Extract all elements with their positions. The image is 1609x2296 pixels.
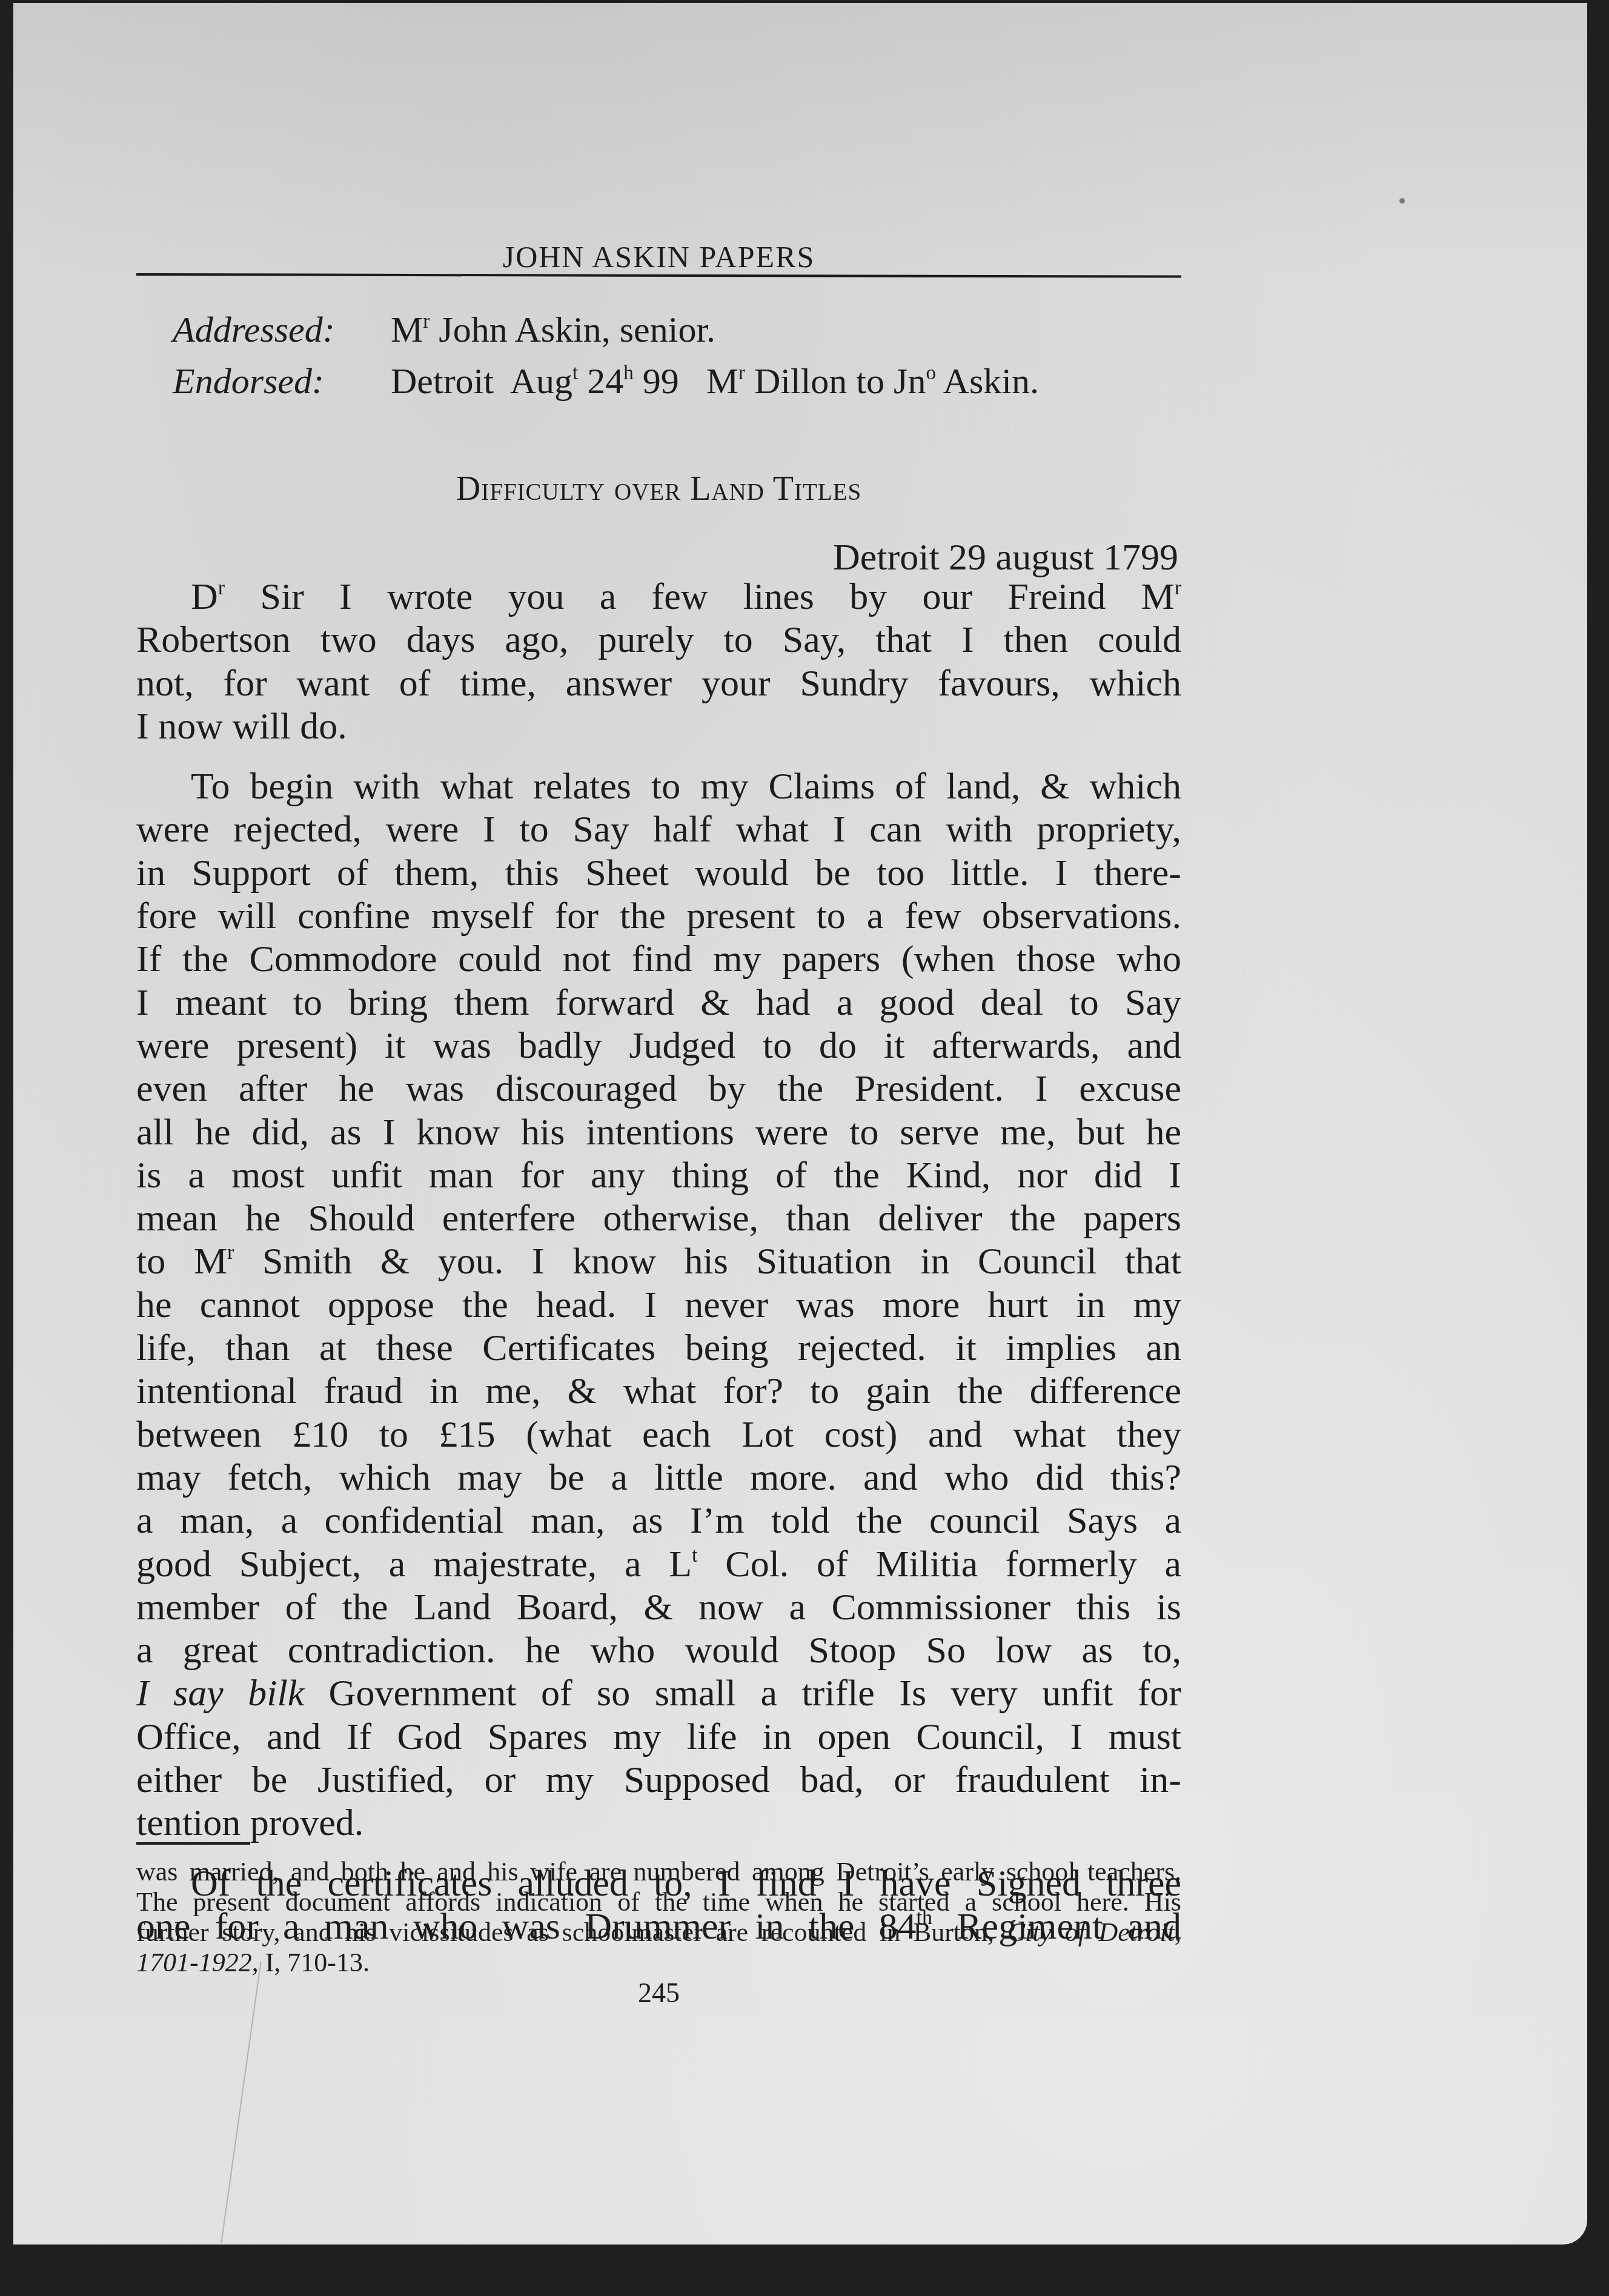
text-line: was married, and both he and his wife ar… [136,1857,1181,1887]
text-line: in Support of them, this Sheet would be … [136,852,1181,895]
text-line: not, for want of time, answer your Sundr… [136,662,1181,705]
text-line: Robertson two days ago, purely to Say, t… [136,619,1181,662]
text-line: mean he Should enterfere otherwise, than… [136,1197,1181,1240]
letter-paragraph: To begin with what relates to my Claims … [136,765,1181,1845]
text-line: he cannot oppose the head. I never was m… [136,1284,1181,1327]
text-line: all he did, as I know his intentions wer… [136,1111,1181,1154]
running-head: JOHN ASKIN PAPERS [136,239,1181,274]
letter-body: Dr Sir I wrote you a few lines by our Fr… [136,576,1181,1948]
letter-paragraph: Dr Sir I wrote you a few lines by our Fr… [136,576,1181,748]
text-line: I now will do. [136,705,1181,748]
text-line: even after he was discouraged by the Pre… [136,1067,1181,1110]
addressed-value: Mr John Askin, senior. [391,310,715,350]
endorsed-value: Detroit Augt 24h 99 Mr Dillon to Jno Ask… [391,361,1039,401]
text-line: intentional fraud in me, & what for? to … [136,1370,1181,1413]
text-line: tention proved. [136,1802,1181,1845]
text-line: Office, and If God Spares my life in ope… [136,1716,1181,1759]
text-line: The present document affords indication … [136,1887,1181,1917]
text-line: good Subject, a majestrate, a Lt Col. of… [136,1543,1181,1586]
text-line: further story, and his vicissitudes as s… [136,1917,1181,1948]
text-line: If the Commodore could not find my paper… [136,938,1181,981]
endorsed-label: Endorsed: [173,360,391,402]
text-line: may fetch, which may be a little more. a… [136,1456,1181,1499]
text-line: between £10 to £15 (what each Lot cost) … [136,1413,1181,1456]
addressed-row: Addressed:Mr John Askin, senior. [173,309,715,351]
text-line: I meant to bring them forward & had a go… [136,981,1181,1024]
text-line: member of the Land Board, & now a Commis… [136,1586,1181,1629]
text-line: fore will confine myself for the present… [136,895,1181,938]
text-line: were present) it was badly Judged to do … [136,1024,1181,1067]
text-line: either be Justified, or my Supposed bad,… [136,1759,1181,1802]
section-title: Difficulty over Land Titles [136,469,1181,508]
footnote-rule [136,1842,250,1845]
text-line: 1701-1922, I, 710-13. [136,1948,1181,1978]
text-line: Dr Sir I wrote you a few lines by our Fr… [136,576,1181,619]
text-line: were rejected, were I to Say half what I… [136,808,1181,851]
paper-speck [1399,198,1405,204]
text-line: a great contradiction. he who would Stoo… [136,1629,1181,1672]
text-line: To begin with what relates to my Claims … [136,765,1181,808]
endorsed-row: Endorsed:Detroit Augt 24h 99 Mr Dillon t… [173,360,1039,402]
letter-dateline: Detroit 29 august 1799 [833,536,1178,579]
text-line: is a most unfit man for any thing of the… [136,1154,1181,1197]
text-line: a man, a confidential man, as I’m told t… [136,1499,1181,1542]
text-line: I say bilk Government of so small a trif… [136,1672,1181,1715]
scanned-page: JOHN ASKIN PAPERS Addressed:Mr John Aski… [13,3,1587,2245]
text-line: life, than at these Certificates being r… [136,1327,1181,1370]
footnote: was married, and both he and his wife ar… [136,1857,1181,1978]
addressed-label: Addressed: [173,309,391,351]
page-number: 245 [136,1977,1181,2009]
text-line: to Mr Smith & you. I know his Situation … [136,1240,1181,1283]
